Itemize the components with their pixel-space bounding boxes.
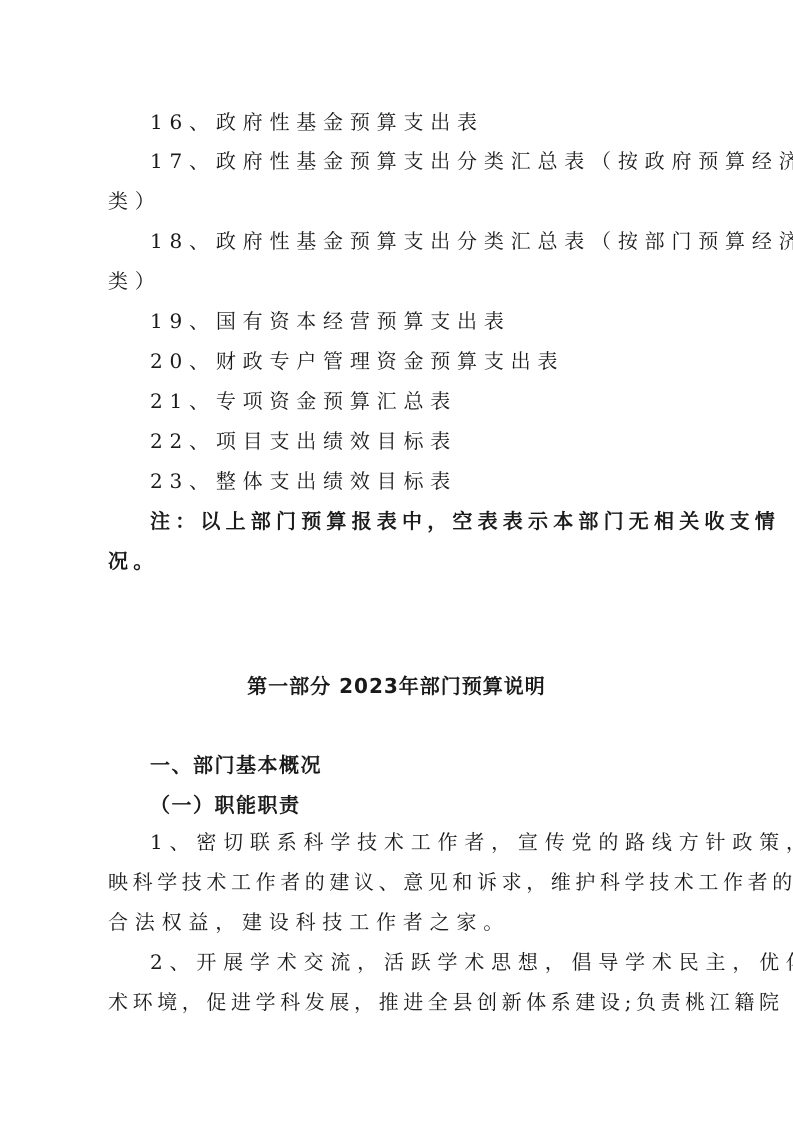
list-item-17-continuation: 类） xyxy=(108,188,708,214)
note-line-2: 况。 xyxy=(108,548,708,574)
section-heading: 一、部门基本概况 xyxy=(150,749,322,778)
paragraph-2-line-1: 2、开展学术交流，活跃学术思想，倡导学术民主，优化学 xyxy=(150,949,750,975)
document-page: 16、政府性基金预算支出表 17、政府性基金预算支出分类汇总表（按政府预算经济分… xyxy=(0,0,793,1122)
paragraph-2-line-2: 术环境，促进学科发展，推进全县创新体系建设;负责桃江籍院 xyxy=(108,989,708,1015)
list-item-19: 19、国有资本经营预算支出表 xyxy=(150,308,750,334)
list-item-22: 22、项目支出绩效目标表 xyxy=(150,428,750,454)
list-item-18: 18、政府性基金预算支出分类汇总表（按部门预算经济分 xyxy=(150,228,750,254)
note-line-1: 注：以上部门预算报表中，空表表示本部门无相关收支情 xyxy=(150,508,750,534)
list-item-23: 23、整体支出绩效目标表 xyxy=(150,468,750,494)
list-item-21: 21、专项资金预算汇总表 xyxy=(150,388,750,414)
paragraph-1-line-1: 1、密切联系科学技术工作者，宣传党的路线方针政策，反 xyxy=(150,829,750,855)
part-title: 第一部分 2023年部门预算说明 xyxy=(0,670,793,699)
list-item-18-continuation: 类） xyxy=(108,268,708,294)
paragraph-1-line-2: 映科学技术工作者的建议、意见和诉求，维护科学技术工作者的 xyxy=(108,869,708,895)
paragraph-1-line-3: 合法权益，建设科技工作者之家。 xyxy=(108,909,708,935)
list-item-17: 17、政府性基金预算支出分类汇总表（按政府预算经济分 xyxy=(150,148,750,174)
list-item-16: 16、政府性基金预算支出表 xyxy=(150,109,750,135)
subsection-heading: （一）职能职责 xyxy=(150,789,301,818)
list-item-20: 20、财政专户管理资金预算支出表 xyxy=(150,348,750,374)
